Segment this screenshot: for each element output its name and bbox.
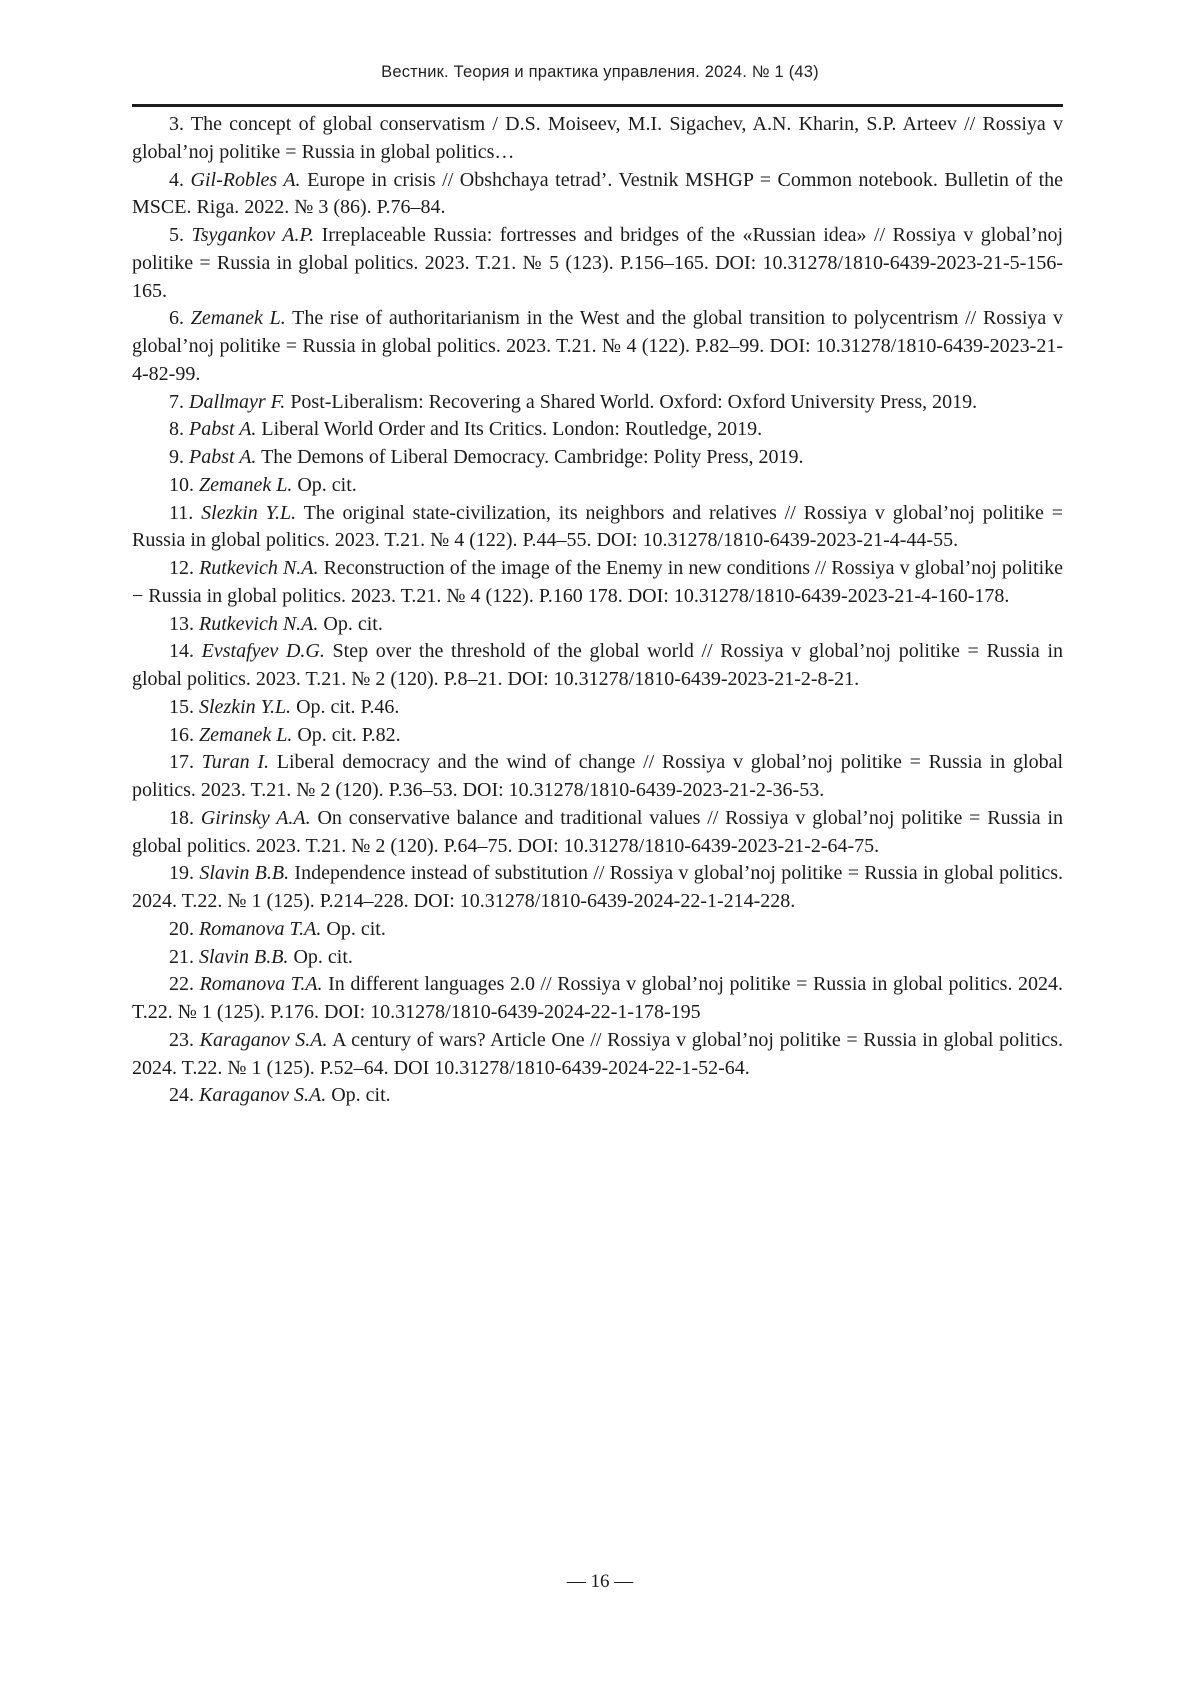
reference-number: 8. [169, 418, 184, 440]
reference-item: 9. Pabst A. The Demons of Liberal Democr… [132, 444, 1063, 472]
reference-item: 10. Zemanek L. Op. cit. [132, 472, 1063, 500]
reference-text: Op. cit. [326, 918, 385, 940]
document-page: Вестник. Теория и практика управления. 2… [0, 0, 1200, 1698]
reference-number: 21. [169, 946, 194, 968]
page-number: — 16 — [0, 1571, 1200, 1593]
reference-number: 20. [169, 918, 194, 940]
reference-item: 22. Romanova T.A. In different languages… [132, 971, 1063, 1027]
reference-item: 13. Rutkevich N.A. Op. cit. [132, 611, 1063, 639]
reference-text: Liberal World Order and Its Critics. Lon… [261, 418, 762, 440]
reference-author: Rutkevich N.A. [199, 613, 318, 635]
running-header: Вестник. Теория и практика управления. 2… [0, 63, 1200, 82]
reference-item: 18. Girinsky A.A. On conservative balanc… [132, 805, 1063, 861]
reference-author: Zemanek L. [191, 307, 286, 329]
header-rule [132, 104, 1063, 107]
reference-item: 4. Gil-Robles A. Europe in crisis // Obs… [132, 167, 1063, 223]
reference-author: Slezkin Y.L. [201, 502, 296, 524]
reference-item: 14. Evstafyev D.G. Step over the thresho… [132, 638, 1063, 694]
reference-item: 20. Romanova T.A. Op. cit. [132, 916, 1063, 944]
reference-number: 19. [169, 862, 194, 884]
reference-text: Op. cit. [297, 474, 356, 496]
reference-author: Zemanek L. [199, 724, 292, 746]
reference-author: Slavin B.B. [199, 946, 288, 968]
reference-item: 12. Rutkevich N.A. Reconstruction of the… [132, 555, 1063, 611]
reference-number: 5. [169, 224, 184, 246]
reference-number: 11. [169, 502, 193, 524]
reference-text: Op. cit. [323, 613, 382, 635]
reference-author: Romanova T.A. [200, 973, 323, 995]
reference-text: The concept of global conservatism / D.S… [132, 113, 1063, 163]
reference-item: 3. The concept of global conservatism / … [132, 111, 1063, 167]
reference-author: Karaganov S.A. [199, 1084, 326, 1106]
reference-number: 16. [169, 724, 194, 746]
reference-number: 10. [169, 474, 194, 496]
reference-item: 16. Zemanek L. Op. cit. P.82. [132, 722, 1063, 750]
references-list: 3. The concept of global conservatism / … [132, 111, 1063, 1110]
reference-author: Dallmayr F. [189, 391, 285, 413]
reference-author: Girinsky A.A. [201, 807, 311, 829]
reference-author: Turan I. [202, 751, 269, 773]
reference-number: 12. [169, 557, 194, 579]
reference-author: Romanova T.A. [199, 918, 321, 940]
reference-number: 3. [169, 113, 184, 135]
reference-text: Op. cit. P.82. [297, 724, 400, 746]
reference-item: 24. Karaganov S.A. Op. cit. [132, 1082, 1063, 1110]
reference-number: 14. [169, 640, 194, 662]
reference-author: Karaganov S.A. [200, 1029, 328, 1051]
reference-item: 23. Karaganov S.A. A century of wars? Ar… [132, 1027, 1063, 1083]
reference-text: Op. cit. P.46. [296, 696, 399, 718]
reference-item: 6. Zemanek L. The rise of authoritariani… [132, 305, 1063, 388]
reference-number: 18. [169, 807, 194, 829]
reference-item: 15. Slezkin Y.L. Op. cit. P.46. [132, 694, 1063, 722]
reference-text: Op. cit. [331, 1084, 390, 1106]
reference-author: Gil-Robles A. [191, 169, 301, 191]
reference-item: 21. Slavin B.B. Op. cit. [132, 944, 1063, 972]
reference-number: 22. [169, 973, 194, 995]
reference-author: Zemanek L. [199, 474, 292, 496]
reference-item: 7. Dallmayr F. Post-Liberalism: Recoveri… [132, 389, 1063, 417]
reference-number: 24. [169, 1084, 194, 1106]
reference-text: Post-Liberalism: Recovering a Shared Wor… [290, 391, 977, 413]
reference-number: 6. [169, 307, 184, 329]
reference-author: Tsygankov A.P. [191, 224, 314, 246]
reference-number: 15. [169, 696, 194, 718]
reference-item: 17. Turan I. Liberal democracy and the w… [132, 749, 1063, 805]
reference-number: 13. [169, 613, 194, 635]
reference-item: 8. Pabst A. Liberal World Order and Its … [132, 416, 1063, 444]
reference-text: Op. cit. [293, 946, 352, 968]
reference-text: Liberal democracy and the wind of change… [132, 751, 1063, 801]
reference-author: Slezkin Y.L. [199, 696, 291, 718]
reference-number: 9. [169, 446, 184, 468]
reference-text: The Demons of Liberal Democracy. Cambrid… [261, 446, 803, 468]
reference-item: 11. Slezkin Y.L. The original state-civi… [132, 500, 1063, 556]
reference-author: Slavin B.B. [199, 862, 289, 884]
reference-number: 4. [169, 169, 184, 191]
reference-item: 19. Slavin B.B. Independence instead of … [132, 860, 1063, 916]
reference-author: Pabst A. [189, 446, 256, 468]
reference-item: 5. Tsygankov A.P. Irreplaceable Russia: … [132, 222, 1063, 305]
reference-number: 23. [169, 1029, 194, 1051]
reference-author: Pabst A. [189, 418, 256, 440]
reference-author: Rutkevich N.A. [199, 557, 318, 579]
reference-number: 17. [169, 751, 194, 773]
reference-number: 7. [169, 391, 184, 413]
reference-author: Evstafyev D.G. [202, 640, 325, 662]
